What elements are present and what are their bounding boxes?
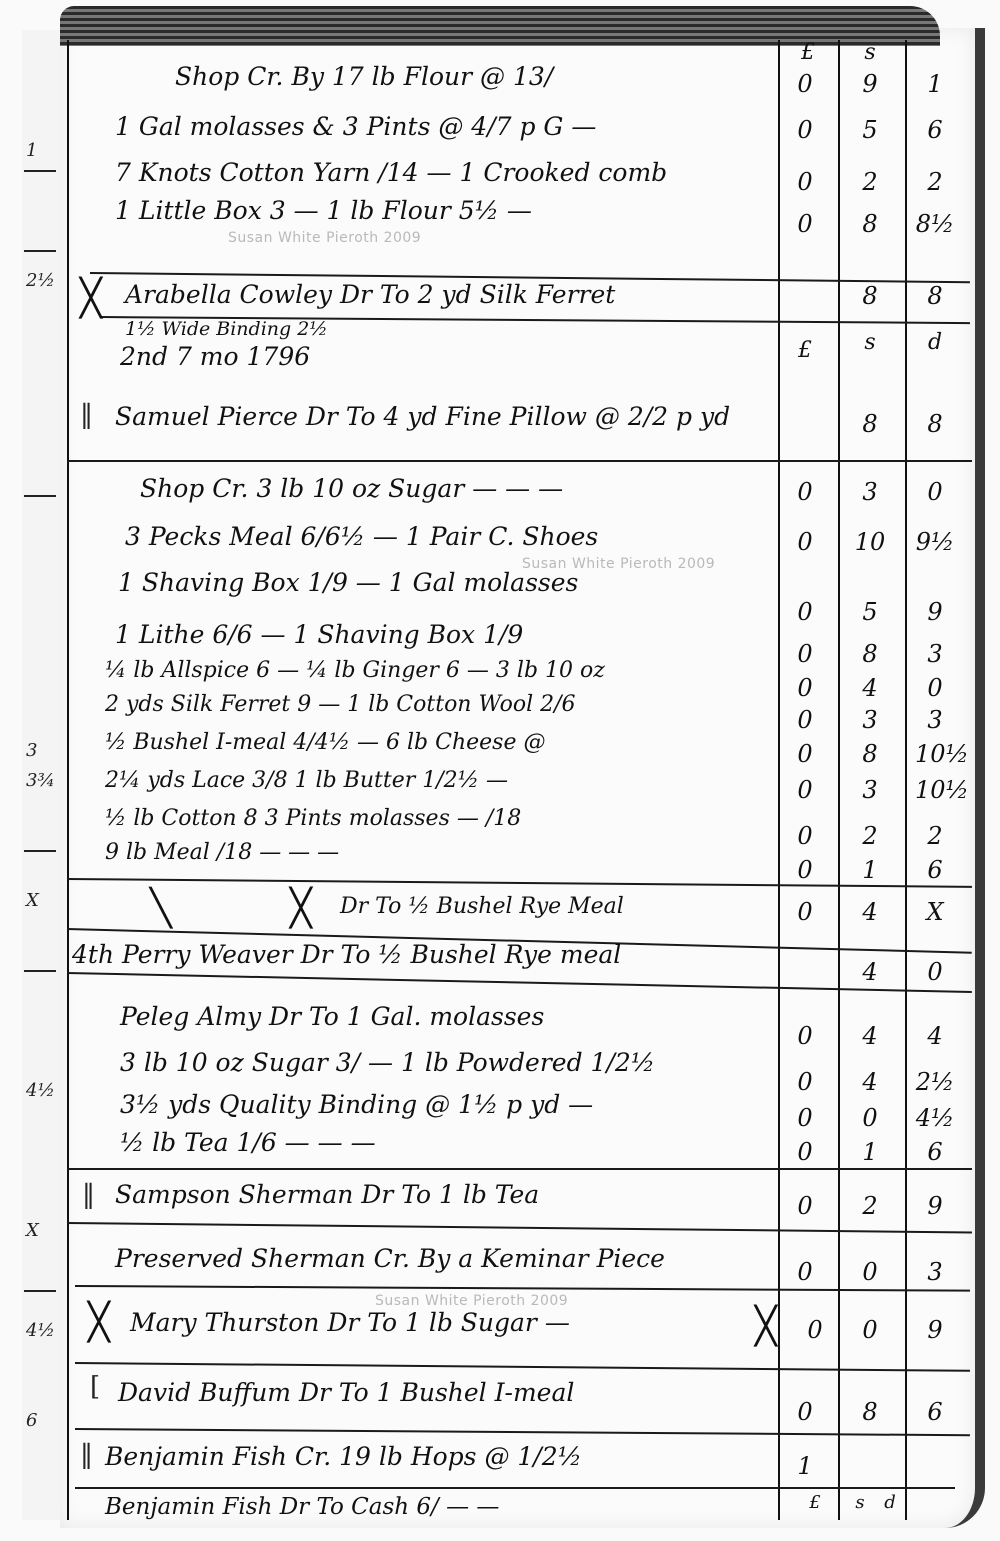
pence-heading: d [870, 1492, 910, 1513]
margin-mark: 3¾ [26, 770, 55, 791]
watermark: Susan White Pieroth 2009 [375, 1293, 568, 1309]
margin-rule [24, 970, 56, 972]
entry-rule [67, 460, 972, 462]
shillings-value: 8 [850, 282, 890, 310]
left-margin-line [67, 40, 69, 1520]
margin-rule [24, 1290, 56, 1292]
entry-line: Peleg Almy Dr To 1 Gal. molasses [120, 1002, 544, 1031]
entry-line: Dr To ½ Bushel Rye Meal [340, 894, 624, 919]
shillings-value: 8 [850, 1398, 890, 1426]
pounds-value: 0 [785, 1022, 825, 1050]
shillings-value: 8 [850, 410, 890, 438]
shillings-heading: s [850, 40, 890, 65]
shillings-value: 1 [850, 1138, 890, 1166]
entry-line: David Buffum Dr To 1 Bushel I-meal [118, 1378, 574, 1407]
shillings-value: 9 [850, 70, 890, 98]
entry-rule [67, 1168, 972, 1170]
pounds-value: 0 [785, 706, 825, 734]
margin-rule [24, 495, 56, 497]
shillings-value: 0 [850, 1104, 890, 1132]
entry-line: 3½ yds Quality Binding @ 1½ p yd — [120, 1090, 593, 1119]
cancel-cross-mark: ╲ [150, 888, 172, 929]
entry-line: Samuel Pierce Dr To 4 yd Fine Pillow @ 2… [115, 402, 730, 431]
entry-line: Arabella Cowley Dr To 2 yd Silk Ferret [125, 280, 615, 309]
pounds-value: 0 [785, 1192, 825, 1220]
pence-value: 8 [915, 282, 955, 310]
cancel-cross-mark: ╳ [88, 1302, 110, 1343]
pounds-heading: £ [785, 338, 825, 363]
pounds-column-line [778, 40, 780, 1520]
cancel-cross-mark: ╳ [755, 1306, 777, 1347]
margin-mark: 1 [26, 140, 37, 161]
entry-line: Benjamin Fish Cr. 19 lb Hops @ 1/2½ [105, 1442, 582, 1471]
pence-value: 2½ [915, 1068, 955, 1096]
cancel-cross-mark: ╳ [290, 888, 312, 929]
shillings-value: 5 [850, 116, 890, 144]
shillings-value: 0 [850, 1258, 890, 1286]
shillings-value: 4 [850, 1068, 890, 1096]
shillings-value: 8 [850, 640, 890, 668]
margin-mark: X [26, 1220, 39, 1241]
margin-mark: 6 [26, 1410, 37, 1431]
shillings-value: 8 [850, 210, 890, 238]
entry-line: ½ lb Cotton 8 3 Pints molasses — /18 [105, 806, 521, 831]
margin-mark: 4½ [26, 1320, 55, 1341]
entry-line: 1 Gal molasses & 3 Pints @ 4/7 p G — [115, 112, 596, 141]
pence-value: 0 [915, 478, 955, 506]
margin-mark: 4½ [26, 1080, 55, 1101]
pence-value: 6 [915, 1398, 955, 1426]
pounds-value: 0 [785, 210, 825, 238]
pounds-value: 0 [785, 674, 825, 702]
shillings-value: 4 [850, 898, 890, 926]
shillings-value: 3 [850, 478, 890, 506]
entry-line: 1 Lithe 6/6 — 1 Shaving Box 1/9 [115, 620, 523, 649]
pence-value: 4 [915, 1022, 955, 1050]
bracket-mark: [ [90, 1372, 100, 1402]
shillings-value: 3 [850, 776, 890, 804]
entry-line: 4th Perry Weaver Dr To ½ Bushel Rye meal [72, 940, 621, 969]
shillings-value: 3 [850, 706, 890, 734]
shillings-value: 10 [850, 528, 890, 556]
pence-value: 2 [915, 168, 955, 196]
entry-line: 2 yds Silk Ferret 9 — 1 lb Cotton Wool 2… [105, 692, 576, 717]
pounds-value: 0 [785, 1398, 825, 1426]
shillings-value: 4 [850, 1022, 890, 1050]
pounds-value: 0 [785, 776, 825, 804]
pence-value: 0 [915, 674, 955, 702]
entry-line: ½ lb Tea 1/6 — — — [120, 1128, 376, 1157]
pounds-value: 0 [785, 1104, 825, 1132]
pounds-value: 0 [785, 168, 825, 196]
pence-value: 0 [915, 958, 955, 986]
pounds-value: 0 [785, 1138, 825, 1166]
pence-value: 6 [915, 116, 955, 144]
pence-value: X [915, 898, 955, 926]
pence-value: 9 [915, 1192, 955, 1220]
margin-rule [24, 250, 56, 252]
shillings-heading: s [850, 330, 890, 355]
shillings-value: 8 [850, 740, 890, 768]
entry-line: ½ Bushel I-meal 4/4½ — 6 lb Cheese @ [105, 730, 545, 755]
shillings-value: 4 [850, 958, 890, 986]
watermark: Susan White Pieroth 2009 [228, 230, 421, 246]
pence-value: 3 [915, 706, 955, 734]
pence-value: 1 [915, 70, 955, 98]
pence-value: 10½ [915, 776, 955, 804]
entry-rule [75, 1487, 955, 1489]
margin-rule [24, 850, 56, 852]
shillings-value: 1 [850, 856, 890, 884]
pence-value: 4½ [915, 1104, 955, 1132]
double-stroke-mark: ‖ [80, 400, 93, 430]
shillings-value: 0 [850, 1316, 890, 1344]
pence-heading: d [915, 330, 955, 355]
pence-value: 6 [915, 856, 955, 884]
pounds-value: 0 [785, 1258, 825, 1286]
pounds-heading: £ [795, 1492, 835, 1513]
pence-value: 9½ [915, 528, 955, 556]
pence-value: 9 [915, 1316, 955, 1344]
pounds-heading: £ [788, 40, 828, 65]
pounds-value: 0 [785, 740, 825, 768]
shillings-value: 4 [850, 674, 890, 702]
pounds-value: 0 [785, 898, 825, 926]
pounds-value: 0 [785, 116, 825, 144]
pence-column-line [905, 40, 907, 1520]
pounds-value: 0 [785, 640, 825, 668]
entry-line: 1 Shaving Box 1/9 — 1 Gal molasses [118, 568, 578, 597]
shillings-value: 2 [850, 168, 890, 196]
shillings-value: 2 [850, 822, 890, 850]
cancel-cross-mark: ╳ [80, 278, 102, 319]
entry-line: 1½ Wide Binding 2½ [125, 318, 328, 340]
entry-line: 3 lb 10 oz Sugar 3/ — 1 lb Powdered 1/2½ [120, 1048, 655, 1077]
double-stroke-mark: ‖ [82, 1180, 95, 1210]
entry-line: 2¼ yds Lace 3/8 1 lb Butter 1/2½ — [105, 768, 508, 793]
pence-value: 6 [915, 1138, 955, 1166]
adjacent-page-edge: 1 2½ 3 3¾ X 4½ X 4½ 6 [22, 30, 63, 1520]
pounds-value: 0 [795, 1316, 835, 1344]
margin-mark: 2½ [26, 270, 55, 291]
shillings-value: 2 [850, 1192, 890, 1220]
entry-line: 7 Knots Cotton Yarn /14 — 1 Crooked comb [115, 158, 667, 187]
pence-value: 3 [915, 640, 955, 668]
pounds-value: 0 [785, 478, 825, 506]
pounds-value: 0 [785, 528, 825, 556]
pence-value: 8½ [915, 210, 955, 238]
margin-rule [24, 170, 56, 172]
entry-line: 3 Pecks Meal 6/6½ — 1 Pair C. Shoes [125, 522, 598, 551]
pounds-value: 0 [785, 822, 825, 850]
entry-line: Benjamin Fish Dr To Cash 6/ — — [105, 1494, 499, 1520]
margin-mark: X [26, 890, 39, 911]
date-line: 2nd 7 mo 1796 [120, 342, 310, 371]
double-stroke-mark: ‖ [80, 1440, 93, 1470]
entry-line: Sampson Sherman Dr To 1 lb Tea [115, 1180, 539, 1209]
entry-line: Preserved Sherman Cr. By a Keminar Piece [115, 1244, 665, 1273]
pounds-value: 0 [785, 598, 825, 626]
pence-value: 9 [915, 598, 955, 626]
pounds-value: 0 [785, 70, 825, 98]
pounds-value: 0 [785, 856, 825, 884]
shillings-value: 5 [850, 598, 890, 626]
pounds-value: 0 [785, 1068, 825, 1096]
pence-value: 2 [915, 822, 955, 850]
shillings-column-line [838, 40, 840, 1520]
pence-value: 3 [915, 1258, 955, 1286]
entry-line: ¼ lb Allspice 6 — ¼ lb Ginger 6 — 3 lb 1… [105, 658, 605, 683]
entry-line: 9 lb Meal /18 — — — [105, 840, 339, 865]
pence-value: 8 [915, 410, 955, 438]
entry-line: Mary Thurston Dr To 1 lb Sugar — [130, 1308, 570, 1337]
entry-line: 1 Little Box 3 — 1 lb Flour 5½ — [115, 196, 532, 225]
entry-line: Shop Cr. 3 lb 10 oz Sugar — — — [140, 474, 563, 503]
margin-mark: 3 [26, 740, 37, 761]
entry-line: Shop Cr. By 17 lb Flour @ 13/ [175, 62, 553, 91]
pence-value: 10½ [915, 740, 955, 768]
pounds-value: 1 [785, 1452, 825, 1480]
